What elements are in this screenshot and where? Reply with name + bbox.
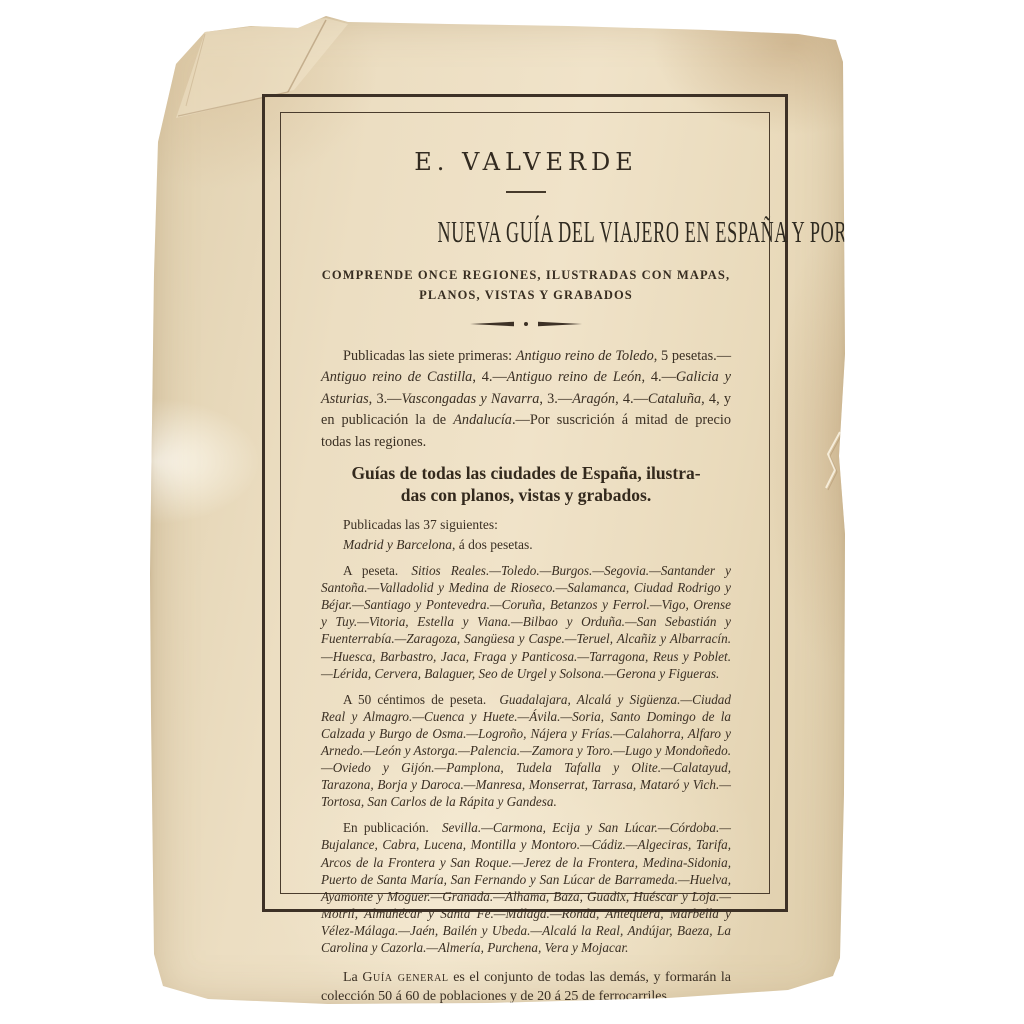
aged-paper-page: E. VALVERDE NUEVA GUÍA DEL VIAJERO EN ES…	[148, 14, 848, 1008]
scanned-book-page: { "document": { "publisher": "E. VALVERD…	[0, 0, 1024, 1024]
corner-crease-line	[288, 20, 326, 92]
printed-inner-border: E. VALVERDE NUEVA GUÍA DEL VIAJERO EN ES…	[280, 112, 770, 894]
subtitle-line-2: PLANOS, VISTAS Y GRABADOS	[321, 285, 731, 305]
published-count-line: Publicadas las 37 siguientes:	[321, 517, 731, 533]
closing-paragraph: La Guía general es el conjunto de todas …	[321, 969, 731, 1006]
ornament-divider-icon	[470, 319, 582, 329]
short-rule-divider	[506, 191, 546, 193]
one-peseta-list-paragraph: A peseta. Sitios Reales.—Toledo.—Burgos.…	[321, 562, 731, 682]
edge-crack-highlight	[826, 432, 840, 488]
section-heading-line-1: Guías de todas las ciudades de España, i…	[321, 462, 731, 484]
section-heading: Guías de todas las ciudades de España, i…	[321, 462, 731, 506]
corner-crease-line-3	[186, 34, 205, 106]
intro-paragraph: Publicadas las siete primeras: Antiguo r…	[321, 346, 731, 453]
book-subtitle: COMPRENDE ONCE REGIONES, ILUSTRADAS CON …	[321, 265, 731, 305]
edge-crack-shadow	[828, 434, 842, 490]
fifty-centimos-list-paragraph: A 50 céntimos de peseta. Guadalajara, Al…	[321, 691, 731, 811]
madrid-barcelona-line: Madrid y Barcelona, á dos pesetas.	[321, 537, 731, 553]
subtitle-line-1: COMPRENDE ONCE REGIONES, ILUSTRADAS CON …	[321, 265, 731, 285]
section-heading-line-2: das con planos, vistas y grabados.	[321, 484, 731, 506]
printed-outer-border: E. VALVERDE NUEVA GUÍA DEL VIAJERO EN ES…	[262, 94, 788, 912]
book-title: NUEVA GUÍA DEL VIAJERO EN ESPAÑA Y PORTU…	[321, 217, 731, 248]
page-content: E. VALVERDE NUEVA GUÍA DEL VIAJERO EN ES…	[321, 146, 731, 873]
publisher-name: E. VALVERDE	[321, 148, 731, 176]
in-publication-list-paragraph: En publicación. Sevilla.—Carmona, Ecija …	[321, 819, 731, 956]
